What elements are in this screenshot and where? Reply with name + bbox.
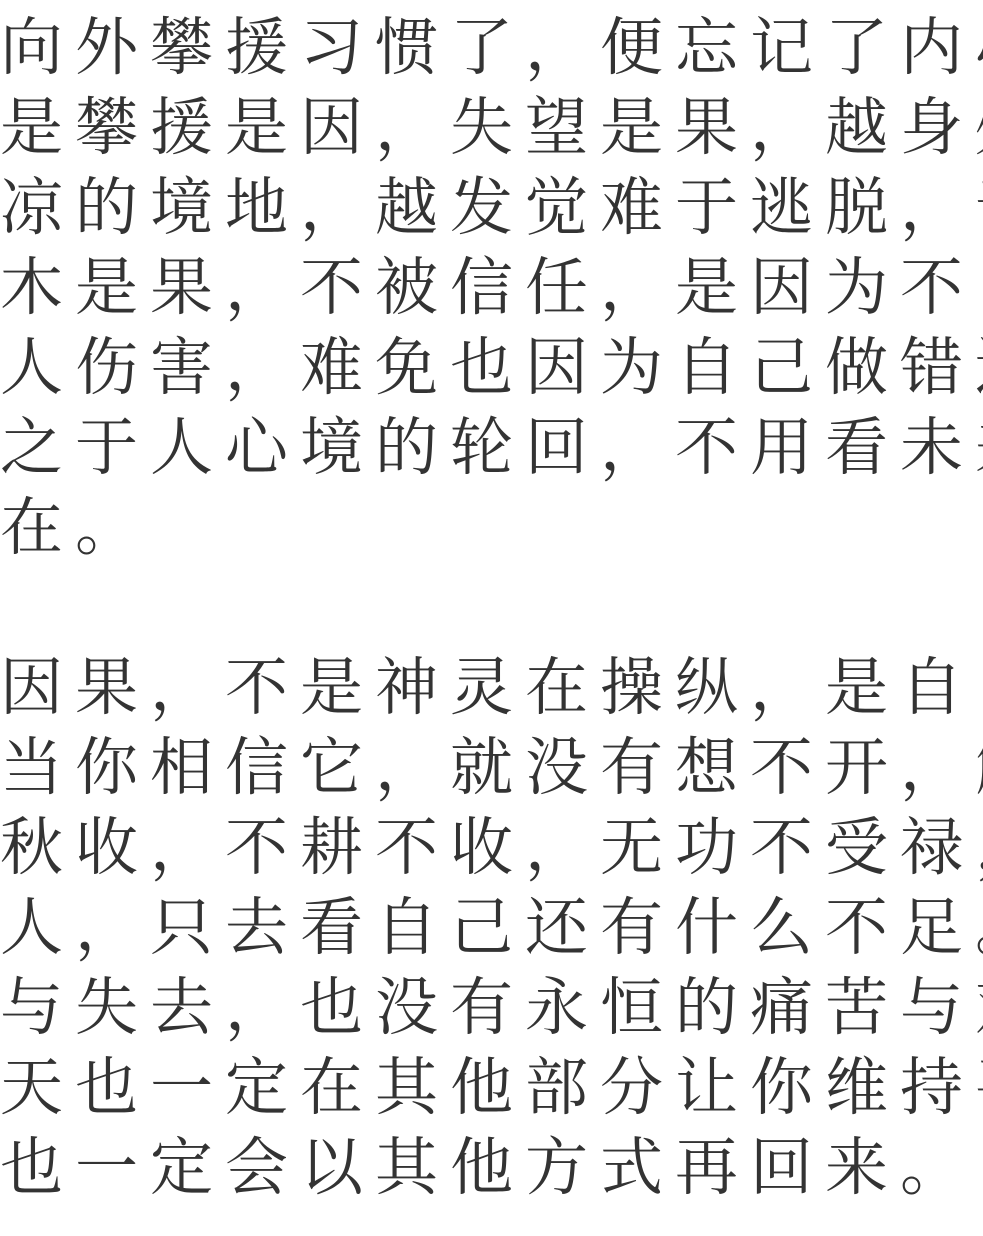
- text-line: 天也一定在其他部分让你维持平衡，你失去的，: [0, 1048, 983, 1128]
- text-line: 秋收，不耕不收，无功不受禄，得不到怨不得别: [0, 808, 983, 888]
- text-line: 凉的境地，越发觉难于逃脱，于是欲望是因，麻: [0, 168, 983, 248]
- text-line: 当你相信它，就没有想不开，解不开的事，春耕: [0, 728, 983, 808]
- text-line: 与失去，也没有永恒的痛苦与欢喜。多得的，上: [0, 968, 983, 1048]
- text-line: 因果，不是神灵在操纵，是自己的心在引导它，: [0, 648, 983, 728]
- text-line: 向外攀援习惯了，便忘记了内心真实的感受，于: [0, 8, 983, 88]
- text-line: 是攀援是因，失望是果，越身处虚伪、多疑、薄: [0, 88, 983, 168]
- text-line: 木是果，不被信任，是因为不曾信任过别人，被: [0, 248, 983, 328]
- text-line: 在。: [0, 488, 150, 568]
- text-line: 之于人心境的轮回，不用看未来，只需专注现: [0, 408, 983, 488]
- text-line: 人伤害，难免也因为自己做错过什么，因与果，: [0, 328, 983, 408]
- text-line: 人，只去看自己还有什么不足。没有永远的得到: [0, 888, 983, 968]
- text-line: 也一定会以其他方式再回来。: [0, 1128, 975, 1208]
